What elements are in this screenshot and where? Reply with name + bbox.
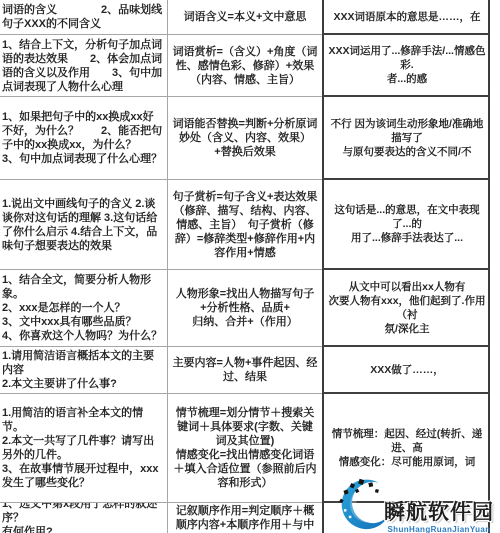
cell-question: 词语的含义 2、品味划线 句子XXX的不同含义 [0, 0, 168, 35]
cell-answer-template: XXX做了……， [322, 347, 490, 394]
cell-question: 1、结合全文，简要分析人物形象。 2、xxx是怎样的一个人？ 3、文中xxx具有… [0, 270, 168, 347]
cell-formula: 词语能否替换=判断+分析原词妙处（含义、内容、效果）+替换后效果 [168, 97, 322, 180]
cell-formula: 词语赏析=（含义）+角度（词性、感情色彩、修辞）+效果（内容、情感、主旨） [168, 35, 322, 97]
cell-formula: 情节梳理=划分情节＋搜索关键词＋具体要求(字数、关键词及其位置) 情感变化=找出… [168, 394, 322, 503]
cell-formula: 记叙顺序作用=判定顺序＋概顺序内容+本顺序作用＋与中 [168, 503, 322, 533]
cell-answer-template: 从文中可以看出xx人物有 次要人物有xxx，他们起到了.作用（衬 氛/深化主 [322, 270, 490, 347]
cell-answer-template: 情节梳理：起因、经过(转折、递进、高 情感变化：尽可能用原词，词 [322, 394, 490, 503]
cell-answer-template: 这句话是...的意思，在文中表现了...的 用了...修辞手法表达了... [322, 180, 490, 270]
cell-answer-template: 不行 因为该词生动形象地/准确地描写了 与原句要表达的含义不同/不 [322, 97, 490, 180]
cell-question: 1、选文中第x段用了怎样的叙述序？ 有何作用? [0, 503, 168, 533]
cell-formula: 句子赏析=句子含义+表达效果（修辞、描写、结构、内容、情感、主旨） 句子赏析（修… [168, 180, 322, 270]
cell-answer-template: XXX词语原本的意思是……，在 [322, 0, 490, 35]
cell-question: 1.说出文中画线句子的含义 2.谈谈你对这句话的理解 3.这句话给了你什么启示 … [0, 180, 168, 270]
study-sheet-screenshot: 词语的含义 2、品味划线 句子XXX的不同含义 词语含义=本义+文中意思 XXX… [0, 0, 500, 533]
cell-question: 1.用简洁的语言补全本文的情节。 2.本文一共写了几件事？请写出另外的几件。 3… [0, 394, 168, 503]
cell-formula: 词语含义=本义+文中意思 [168, 0, 322, 35]
cell-question: 1、结合上下文，分析句子加点词语的表达效果 2、体会加点词语的含义以及作用 3、… [0, 35, 168, 97]
cell-question: 1、如果把句子中的xx换成xx好不好，为什么？ 2、能否把句子中的xx换成xx，… [0, 97, 168, 180]
cell-question: 1.请用简洁语言概括本文的主要内容 2.本文主要讲了什么事? [0, 347, 168, 394]
cell-formula: 主要内容=人物+事件起因、经过、结果 [168, 347, 322, 394]
cell-answer-template [322, 503, 490, 533]
cell-formula: 人物形象=找出人物描写句子 +分析性格、品质+ 归纳、合并+（作用） [168, 270, 322, 347]
cell-answer-template: XXX词运用了...修辞手法/...情感色彩. 者...的感 [322, 35, 490, 97]
answer-template-table: 词语的含义 2、品味划线 句子XXX的不同含义 词语含义=本义+文中意思 XXX… [0, 0, 490, 533]
